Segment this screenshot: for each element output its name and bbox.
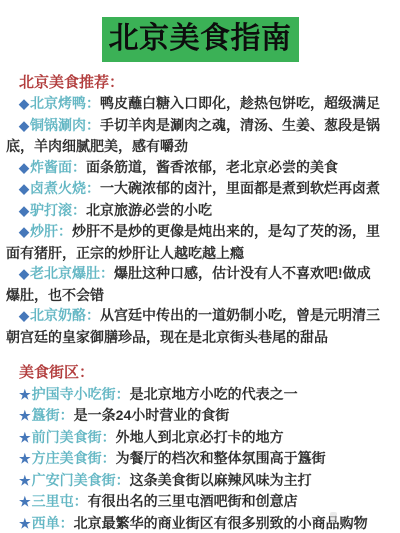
diamond-bullet-icon: ◆ (19, 118, 29, 133)
star-bullet-icon: ★ (19, 408, 31, 423)
list-item: ◆炸酱面：面条筋道，酱香浓郁，老北京必尝的美食 (6, 157, 384, 179)
list-item: ◆炒肝：炒肝不是炒的更像是炖出来的，是勾了芡的汤，里面有猪肝，正宗的炒肝让人越吃… (6, 221, 384, 263)
item-name: 三里屯： (32, 493, 88, 509)
diamond-bullet-icon: ◆ (19, 96, 29, 111)
item-desc: 北京旅游必尝的小吃 (86, 202, 212, 218)
diamond-bullet-icon: ◆ (19, 181, 29, 196)
diamond-bullet-icon: ◆ (19, 308, 29, 323)
list-item: ★广安门美食街：这条美食街以麻辣风味为主打 (6, 470, 384, 492)
item-desc: 是一条24小时营业的食街 (74, 407, 230, 423)
watermark-smudge (330, 512, 337, 521)
item-name: 炸酱面： (30, 159, 86, 175)
section-0: 北京美食推荐：◆北京烤鸭：鸭皮蘸白糖入口即化，趁热包饼吃，超级满足◆铜锅涮肉：手… (6, 73, 384, 348)
item-desc: 面条筋道，酱香浓郁，老北京必尝的美食 (86, 159, 338, 175)
diamond-bullet-icon: ◆ (19, 266, 29, 281)
diamond-bullet-icon: ◆ (19, 160, 29, 175)
section-heading: 北京美食推荐： (6, 73, 384, 94)
item-name: 西单： (32, 515, 74, 531)
list-item: ◆卤煮火烧：一大碗浓郁的卤汁，里面都是煮到软烂再卤煮 (6, 178, 384, 200)
item-name: 卤煮火烧： (30, 180, 100, 196)
star-bullet-icon: ★ (19, 430, 31, 445)
page-title: 北京美食指南 (102, 17, 299, 62)
item-name: 方庄美食街： (32, 450, 116, 466)
list-item: ◆北京奶酪：从宫廷中传出的一道奶制小吃，曾是元明清三朝宫廷的皇家御膳珍品，现在是… (6, 305, 384, 347)
content: 北京美食推荐：◆北京烤鸭：鸭皮蘸白糖入口即化，趁热包饼吃，超级满足◆铜锅涮肉：手… (0, 73, 400, 533)
list-item: ★方庄美食街：为餐厅的档次和整体氛围高于簋街 (6, 448, 384, 470)
item-desc: 有很出名的三里屯酒吧街和创意店 (88, 493, 298, 509)
star-bullet-icon: ★ (19, 451, 31, 466)
item-name: 北京烤鸭： (30, 95, 100, 111)
list-item: ★簋街：是一条24小时营业的食街 (6, 405, 384, 427)
item-name: 铜锅涮肉： (30, 117, 100, 133)
item-desc: 这条美食街以麻辣风味为主打 (130, 472, 312, 488)
star-bullet-icon: ★ (19, 494, 31, 509)
star-bullet-icon: ★ (19, 516, 31, 531)
item-desc: 为餐厅的档次和整体氛围高于簋街 (116, 450, 326, 466)
item-name: 前门美食街： (32, 429, 116, 445)
item-desc: 是北京地方小吃的代表之一 (130, 386, 298, 402)
section-heading: 美食街区： (6, 363, 384, 384)
item-desc: 北京最繁华的商业街区有很多别致的小商品购物 (74, 515, 368, 531)
star-bullet-icon: ★ (19, 387, 31, 402)
list-item: ◆驴打滚：北京旅游必尝的小吃 (6, 200, 384, 222)
item-name: 炒肝： (30, 223, 72, 239)
list-item: ◆老北京爆肚：爆肚这种口感，估计没有人不喜欢吧!做成爆肚，也不会错 (6, 263, 384, 305)
item-name: 老北京爆肚： (30, 265, 114, 281)
list-item: ★三里屯：有很出名的三里屯酒吧街和创意店 (6, 491, 384, 513)
item-desc: 外地人到北京必打卡的地方 (116, 429, 284, 445)
title-row: 北京美食指南 (0, 17, 400, 62)
item-name: 护国寺小吃街： (32, 386, 130, 402)
item-name: 广安门美食街： (32, 472, 130, 488)
item-desc: 一大碗浓郁的卤汁，里面都是煮到软烂再卤煮 (100, 180, 380, 196)
item-name: 驴打滚： (30, 202, 86, 218)
diamond-bullet-icon: ◆ (19, 224, 29, 239)
list-item: ★护国寺小吃街：是北京地方小吃的代表之一 (6, 384, 384, 406)
diamond-bullet-icon: ◆ (19, 203, 29, 218)
item-desc: 鸭皮蘸白糖入口即化，趁热包饼吃，超级满足 (100, 95, 380, 111)
list-item: ◆铜锅涮肉：手切羊肉是涮肉之魂，清汤、生姜、葱段是锅底，羊肉细腻肥美，感有嚼劲 (6, 115, 384, 157)
item-name: 北京奶酪： (30, 307, 100, 323)
list-item: ★西单：北京最繁华的商业街区有很多别致的小商品购物 (6, 513, 384, 533)
item-name: 簋街： (32, 407, 74, 423)
list-item: ★前门美食街：外地人到北京必打卡的地方 (6, 427, 384, 449)
star-bullet-icon: ★ (19, 473, 31, 488)
section-1: 美食街区：★护国寺小吃街：是北京地方小吃的代表之一★簋街：是一条24小时营业的食… (6, 363, 384, 533)
list-item: ◆北京烤鸭：鸭皮蘸白糖入口即化，趁热包饼吃，超级满足 (6, 93, 384, 115)
